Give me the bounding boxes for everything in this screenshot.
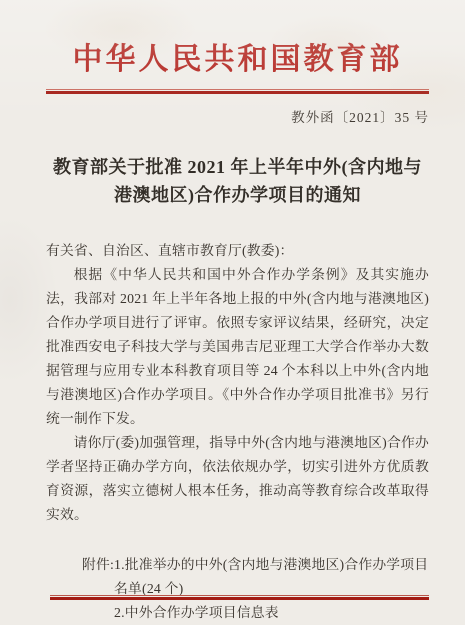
footer-rule bbox=[50, 595, 429, 600]
attachment-item-2: 2.中外合作办学项目信息表 bbox=[114, 601, 429, 625]
document-body: 有关省、自治区、直辖市教育厅(教委)： 根据《中华人民共和国中外合作办学条例》及… bbox=[46, 239, 429, 625]
ministry-letterhead-title: 中华人民共和国教育部 bbox=[46, 42, 429, 78]
attachments-block: 附件: 1.批准举办的中外(含内地与港澳地区)合作办学项目 名单(24 个) 2… bbox=[46, 553, 429, 625]
attachments-label: 附件: bbox=[82, 553, 114, 625]
body-paragraph-2: 请你厅(委)加强管理，指导中外(含内地与港澳地区)合作办学者坚持正确办学方向，依… bbox=[46, 431, 429, 527]
footer-rule-thin-line bbox=[50, 595, 429, 596]
body-paragraph-1: 根据《中华人民共和国中外合作办学条例》及其实施办法，我部对 2021 年上半年各… bbox=[46, 263, 429, 431]
document-reference-number: 教外函〔2021〕35 号 bbox=[46, 106, 429, 126]
letterhead-rule bbox=[46, 89, 429, 94]
document-title: 教育部关于批准 2021 年上半年中外(含内地与 港澳地区)合作办学项目的通知 bbox=[46, 153, 429, 209]
attachment-item-1: 1.批准举办的中外(含内地与港澳地区)合作办学项目 名单(24 个) bbox=[114, 553, 429, 601]
footer-rule-thick-line bbox=[50, 597, 429, 600]
attachments-list: 1.批准举办的中外(含内地与港澳地区)合作办学项目 名单(24 个) 2.中外合… bbox=[114, 553, 429, 625]
scanned-official-document-page: 中华人民共和国教育部 教外函〔2021〕35 号 教育部关于批准 2021 年上… bbox=[0, 0, 465, 625]
letterhead-rule-thin-line bbox=[46, 89, 429, 90]
letterhead-rule-thick-line bbox=[46, 91, 429, 94]
salutation-line: 有关省、自治区、直辖市教育厅(教委)： bbox=[46, 239, 429, 263]
document-header: 中华人民共和国教育部 教外函〔2021〕35 号 bbox=[46, 42, 429, 126]
